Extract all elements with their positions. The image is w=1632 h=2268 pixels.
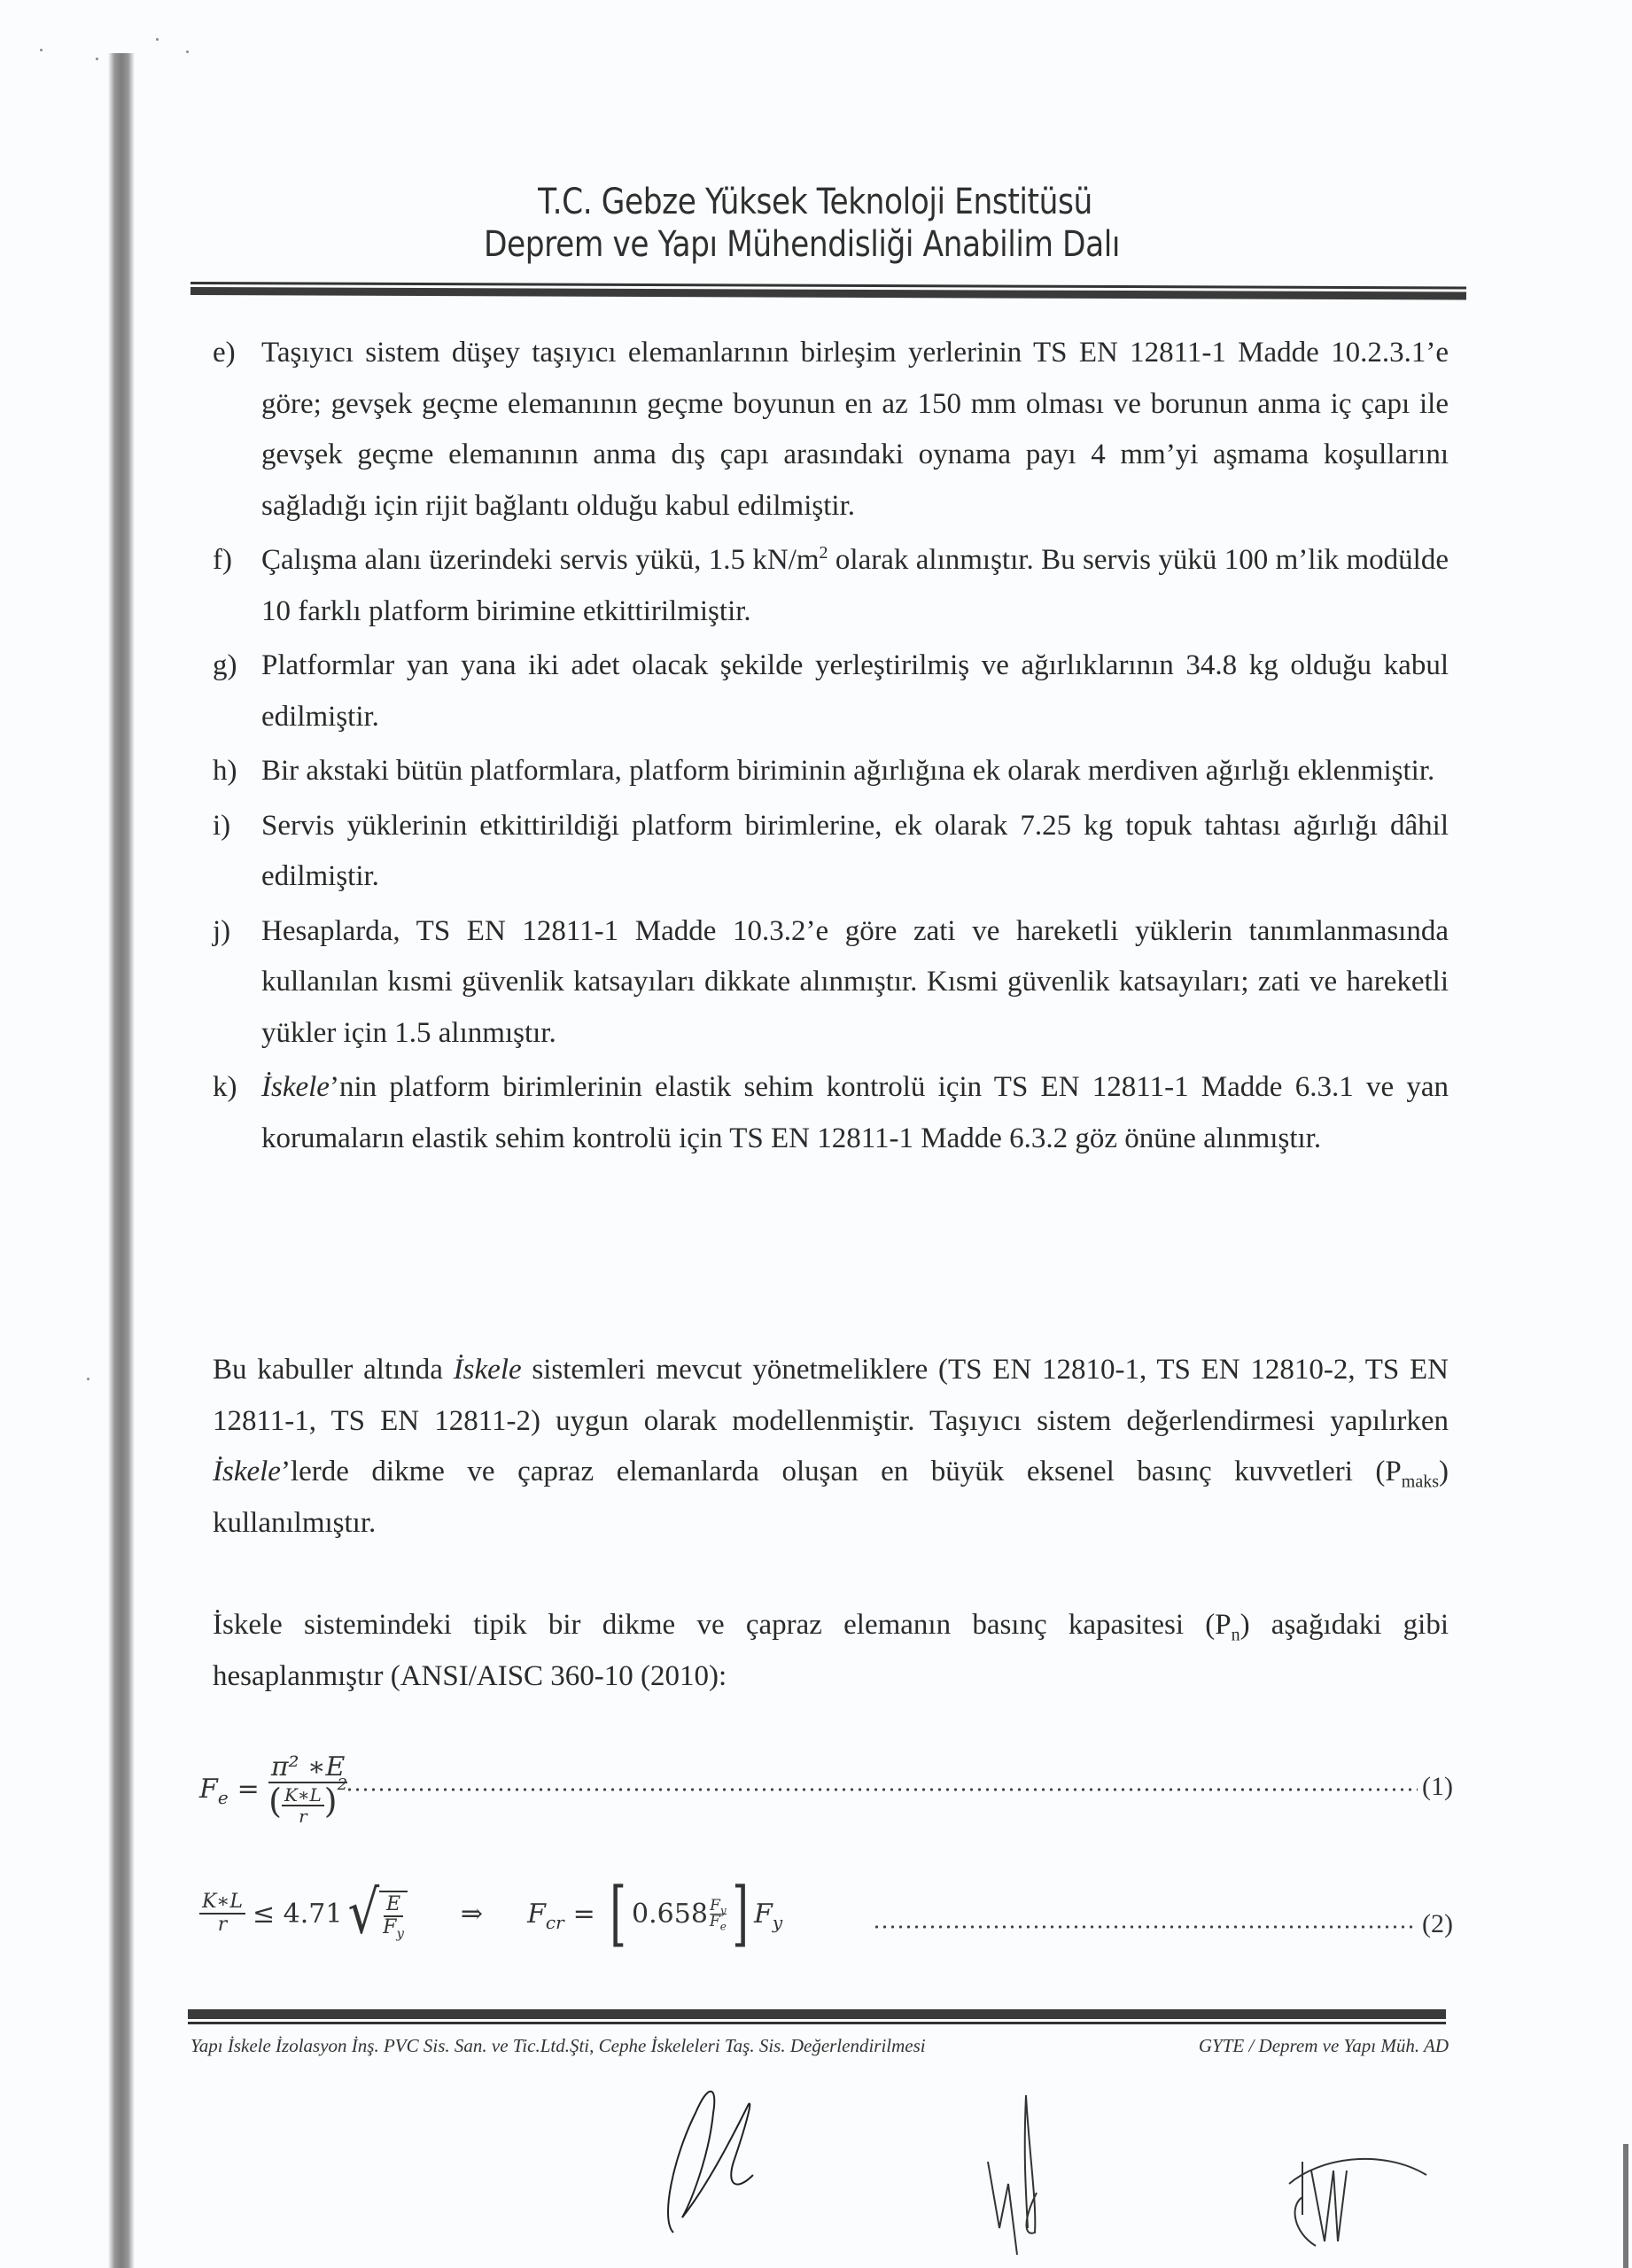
list-item-i: i) Servis yüklerinin etkittirildiği plat… <box>261 801 1449 903</box>
paragraph-capacity: İskele sistemindeki tipik bir dikme ve ç… <box>213 1600 1449 1702</box>
list-item-e: e) Taşıyıcı sistem düşey taşıyıcı eleman… <box>261 328 1449 532</box>
item-label: j) <box>213 906 230 958</box>
eq2-lhs: Fcr <box>527 1899 564 1930</box>
item-text: Bir akstaki bütün platformlara, platform… <box>261 746 1449 797</box>
bracket-term: [ 0.658 FyFe ] <box>604 1878 754 1949</box>
list-item-g: g) Platformlar yan yana iki adet olacak … <box>261 641 1449 742</box>
eq1-fraction: π² ∗E (K∗Lr)2 <box>268 1752 348 1826</box>
document-header: T.C. Gebze Yüksek Teknoloji Enstitüsü De… <box>190 182 1466 265</box>
signature-3 <box>1285 2153 1453 2250</box>
department-name: Deprem ve Yapı Mühendisliği Anabilim Dal… <box>230 224 1373 265</box>
scan-speck <box>186 50 189 53</box>
item-label: i) <box>213 801 230 852</box>
item-text: İskele’nin platform birimlerinin elastik… <box>261 1062 1449 1164</box>
equation-2: K∗Lr ≤ 4.71 √ EFy ⇒ Fcr = [ 0.658 FyFe ]… <box>190 1878 1466 1958</box>
slenderness-ratio: K∗Lr <box>199 1891 245 1936</box>
footer-right-text: GYTE / Deprem ve Yapı Müh. AD <box>1199 2035 1449 2057</box>
assumptions-list: e) Taşıyıcı sistem düşey taşıyıcı eleman… <box>261 328 1449 1164</box>
equation-1: Fe = π² ∗E (K∗Lr)2 (1) <box>190 1744 1466 1841</box>
item-text: Hesaplarda, TS EN 12811-1 Madde 10.3.2’e… <box>261 906 1449 1060</box>
leader-dots <box>346 1788 1418 1791</box>
item-text: Servis yüklerinin etkittirildiği platfor… <box>261 801 1449 903</box>
leader-dots <box>873 1925 1418 1929</box>
list-item-k: k) İskele’nin platform birimlerinin elas… <box>261 1062 1449 1164</box>
document-footer: Yapı İskele İzolasyon İnş. PVC Sis. San.… <box>190 2035 1449 2057</box>
item-label: e) <box>213 328 236 379</box>
eq1-lhs: Fe <box>199 1774 229 1805</box>
footer-left-text: Yapı İskele İzolasyon İnş. PVC Sis. San.… <box>190 2035 926 2057</box>
sqrt-term: √ EFy <box>347 1889 407 1938</box>
item-label: f) <box>213 535 232 586</box>
scan-shadow-edge <box>108 53 135 2268</box>
item-label: k) <box>213 1062 237 1114</box>
scan-shadow-edge-right <box>1623 2144 1628 2268</box>
implies-arrow: ⇒ <box>461 1899 483 1930</box>
footer-rule <box>188 2009 1446 2027</box>
item-label: h) <box>213 746 237 797</box>
signature-1 <box>656 2078 797 2246</box>
scan-speck <box>156 38 159 41</box>
item-label: g) <box>213 641 237 692</box>
list-item-f: f) Çalışma alanı üzerindeki servis yükü,… <box>261 535 1449 637</box>
item-text: Taşıyıcı sistem düşey taşıyıcı elemanlar… <box>261 328 1449 532</box>
scan-speck <box>40 49 43 51</box>
equation-number: (1) <box>1422 1772 1453 1802</box>
header-rule <box>190 282 1466 303</box>
eq2-tail: Fy <box>754 1899 782 1930</box>
item-text: Platformlar yan yana iki adet olacak şek… <box>261 641 1449 742</box>
scan-speck <box>96 58 98 60</box>
scan-speck <box>87 1378 89 1380</box>
list-item-j: j) Hesaplarda, TS EN 12811-1 Madde 10.3.… <box>261 906 1449 1060</box>
item-text: Çalışma alanı üzerindeki servis yükü, 1.… <box>261 535 1449 637</box>
paragraph-modelling: Bu kabuller altında İskele sistemleri me… <box>213 1345 1449 1549</box>
signature-2 <box>975 2086 1063 2264</box>
list-item-h: h) Bir akstaki bütün platformlara, platf… <box>261 746 1449 797</box>
equation-number: (2) <box>1422 1909 1453 1939</box>
institution-name: T.C. Gebze Yüksek Teknoloji Enstitüsü <box>255 182 1375 222</box>
